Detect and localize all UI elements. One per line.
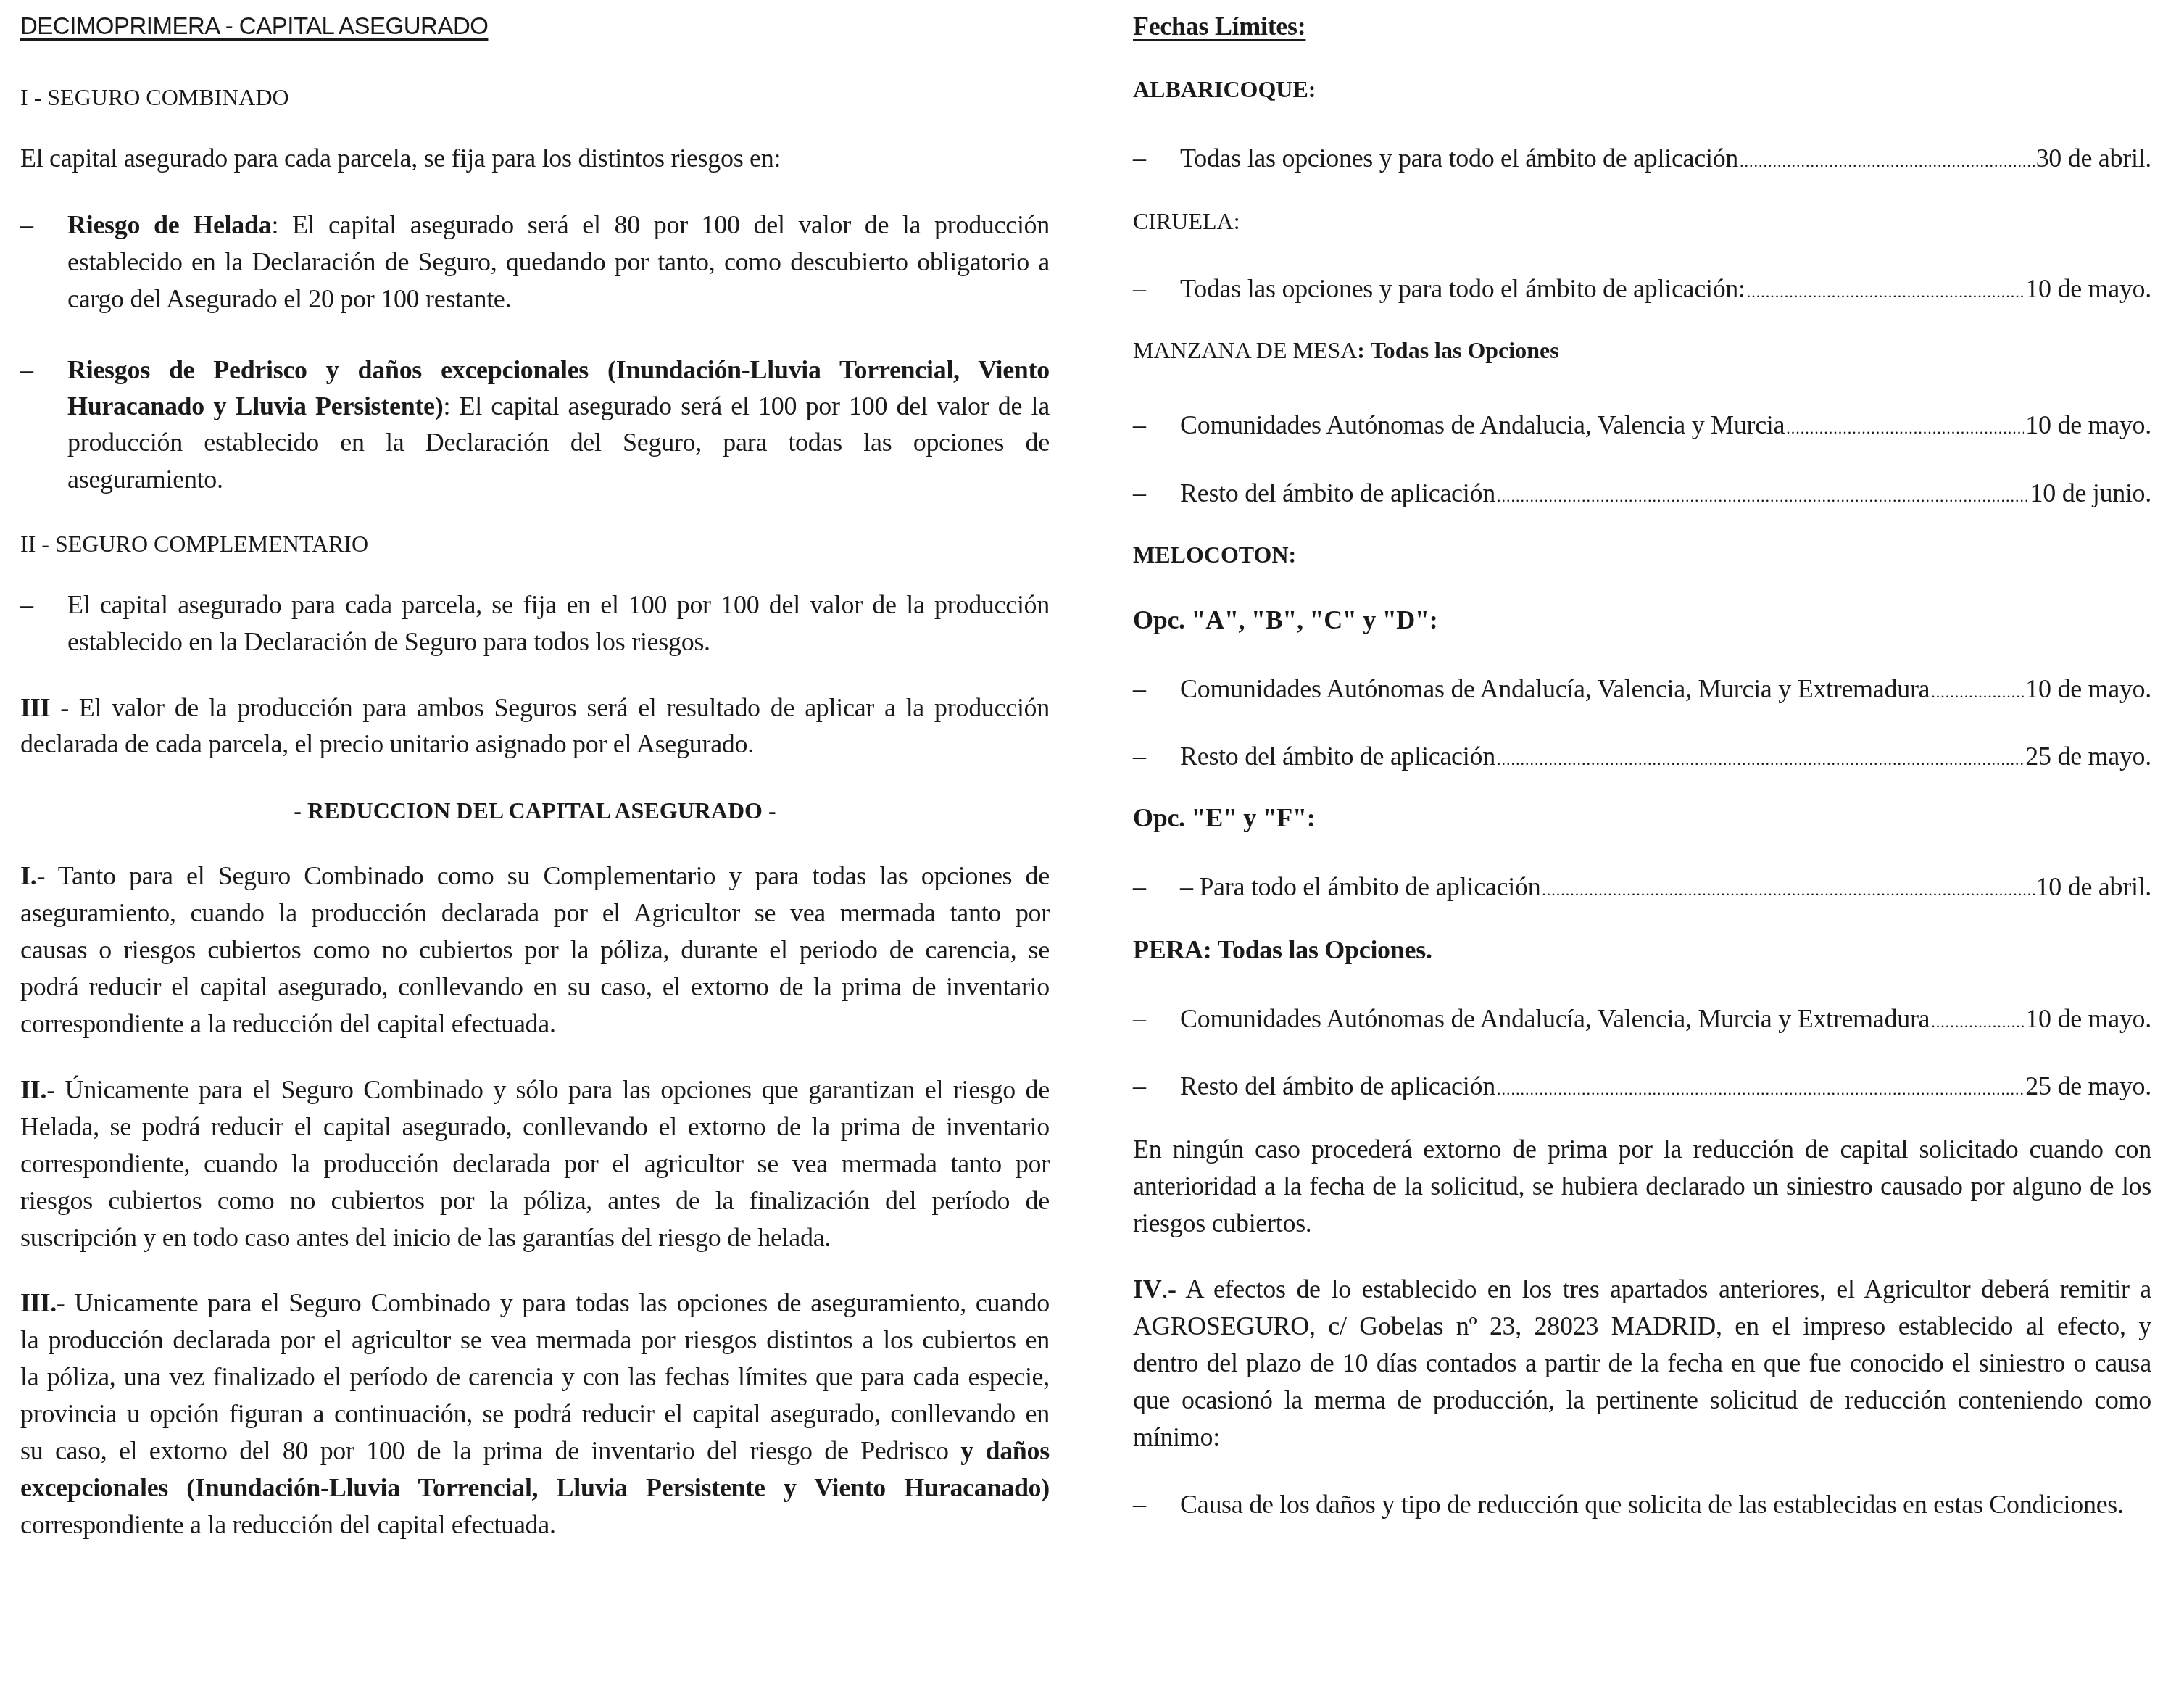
dot-leader <box>1931 674 2024 707</box>
section-heading-seguro-combinado: I - SEGURO COMBINADO <box>20 83 289 112</box>
dot-leader <box>1497 478 2029 511</box>
paragraph-line: provincia u opción figuran a continuació… <box>20 1399 1050 1428</box>
paragraph-line: riesgos cubiertos. <box>1133 1208 1312 1237</box>
dot-leader <box>1786 410 2024 443</box>
paragraph-line: correspondiente a la reducción del capit… <box>20 1510 556 1539</box>
paragraph-line: suscripción y en todo caso antes del ini… <box>20 1223 831 1252</box>
paragraph-reduccion-ii: II.- Únicamente para el Seguro Combinado… <box>20 1075 1050 1104</box>
deadline-row: Todas las opciones y para todo el ámbito… <box>1180 274 2151 307</box>
option-heading-abcd: Opc. "A", "B", "C" y "D": <box>1133 605 1437 634</box>
dot-leader <box>1931 1004 2024 1037</box>
paragraph-line: la póliza, una vez finalizado el período… <box>20 1362 1050 1391</box>
dash-bullet: – <box>1133 410 1146 439</box>
fruit-heading-melocoton: MELOCOTON: <box>1133 540 1296 569</box>
dot-leader <box>1740 144 2035 176</box>
deadline-row: Resto del ámbito de aplicación 10 de jun… <box>1180 478 2151 511</box>
dash-bullet: – <box>1133 274 1146 303</box>
paragraph-line: aseguramiento. <box>67 465 223 494</box>
paragraph-valor: III - El valor de la producción para amb… <box>20 693 1050 722</box>
dash-bullet: – <box>1133 1004 1146 1033</box>
fruit-heading-ciruela: CIRUELA: <box>1133 207 1240 236</box>
dash-bullet: – <box>1133 872 1146 901</box>
document-title: DECIMOPRIMERA - CAPITAL ASEGURADO <box>20 12 488 41</box>
paragraph-causa: Causa de los daños y tipo de reducción q… <box>1180 1490 2124 1519</box>
paragraph-line: declarada de cada parcela, el precio uni… <box>20 729 754 758</box>
paragraph-line: su caso, el extorno del 80 por 100 de la… <box>20 1436 1050 1465</box>
paragraph-iv: IV.- A efectos de lo establecido en los … <box>1133 1274 2151 1303</box>
dash-bullet: – <box>1133 1071 1146 1100</box>
dash-bullet: – <box>1133 674 1146 703</box>
paragraph-line: la producción declarada por el agriculto… <box>20 1325 1050 1354</box>
section-heading-seguro-complementario: II - SEGURO COMPLEMENTARIO <box>20 529 368 558</box>
paragraph-line: que ocasionó la merma de producción, la … <box>1133 1385 2151 1414</box>
dot-leader <box>1747 274 2025 307</box>
deadline-row: Resto del ámbito de aplicación 25 de may… <box>1180 742 2151 774</box>
paragraph-helada: Riesgo de Helada: El capital asegurado s… <box>67 210 1050 239</box>
paragraph-line: correspondiente a la reducción del capit… <box>20 1009 556 1038</box>
paragraph-line: establecido en la Declaración de Seguro … <box>67 627 710 656</box>
dash-bullet: – <box>1133 478 1146 507</box>
paragraph-reduccion-iii: III.- Unicamente para el Seguro Combinad… <box>20 1288 1050 1317</box>
paragraph-pedrisco: Riesgos de Pedrisco y daños excepcionale… <box>67 355 1050 384</box>
paragraph-line: anterioridad a la fecha de la solicitud,… <box>1133 1172 2151 1201</box>
paragraph-line: Huracanado y Lluvia Persistente): El cap… <box>67 391 1050 420</box>
deadline-row: – Para todo el ámbito de aplicación 10 d… <box>1180 872 2151 905</box>
fruit-heading-manzana: MANZANA DE MESA: Todas las Opciones <box>1133 336 1559 365</box>
paragraph-line: El capital asegurado para cada parcela, … <box>67 590 1050 619</box>
dot-leader <box>1497 1071 2024 1104</box>
paragraph: El capital asegurado para cada parcela, … <box>20 144 781 173</box>
option-heading-ef: Opc. "E" y "F": <box>1133 803 1315 832</box>
dash-bullet: – <box>1133 742 1146 771</box>
paragraph-line: mínimo: <box>1133 1422 1220 1451</box>
deadline-row: Comunidades Autónomas de Andalucía, Vale… <box>1180 674 2151 707</box>
fruit-heading-albaricoque: ALBARICOQUE: <box>1133 75 1316 104</box>
dash-bullet: – <box>20 590 33 619</box>
paragraph-line: establecido en la Declaración de Seguro,… <box>67 247 1050 276</box>
dot-leader <box>1497 742 2024 774</box>
paragraph-line: excepcionales (Inundación-Lluvia Torrenc… <box>20 1473 1050 1502</box>
paragraph-line: dentro del plazo de 10 días contados a p… <box>1133 1348 2151 1377</box>
paragraph-line: Helada, se podrá reducir el capital aseg… <box>20 1112 1050 1141</box>
dash-bullet: – <box>20 355 33 384</box>
paragraph-line: aseguramiento, cuando la producción decl… <box>20 898 1050 927</box>
section-heading-reduccion: - REDUCCION DEL CAPITAL ASEGURADO - <box>20 796 1050 825</box>
dash-bullet: – <box>1133 1490 1146 1519</box>
paragraph-line: correspondiente, cuando la producción de… <box>20 1149 1050 1178</box>
fruit-heading-pera: PERA: Todas las Opciones. <box>1133 935 1432 964</box>
dash-bullet: – <box>20 210 33 239</box>
paragraph-line: podrá reducir el capital asegurado, conl… <box>20 972 1050 1001</box>
deadline-row: Comunidades Autónomas de Andalucía, Vale… <box>1180 1004 2151 1037</box>
paragraph-ningun-caso: En ningún caso procederá extorno de prim… <box>1133 1135 2151 1164</box>
deadline-row: Comunidades Autónomas de Andalucia, Vale… <box>1180 410 2151 443</box>
paragraph-reduccion-i: I.- Tanto para el Seguro Combinado como … <box>20 861 1050 890</box>
paragraph-line: producción establecido en la Declaración… <box>67 428 1050 457</box>
deadline-row: Resto del ámbito de aplicación25 de mayo… <box>1180 1071 2151 1104</box>
paragraph-line: riesgos cubiertos como no cubiertos por … <box>20 1186 1050 1215</box>
deadline-row: Todas las opciones y para todo el ámbito… <box>1180 144 2151 176</box>
dash-bullet: – <box>1133 144 1146 173</box>
paragraph-line: AGROSEGURO, c/ Gobelas nº 23, 28023 MADR… <box>1133 1311 2151 1340</box>
paragraph-line: causas o riesgos cubiertos como no cubie… <box>20 935 1050 964</box>
paragraph-line: cargo del Asegurado el 20 por 100 restan… <box>67 284 511 313</box>
fechas-limites-heading: Fechas Límites: <box>1133 12 1305 41</box>
dot-leader <box>1542 872 2034 905</box>
